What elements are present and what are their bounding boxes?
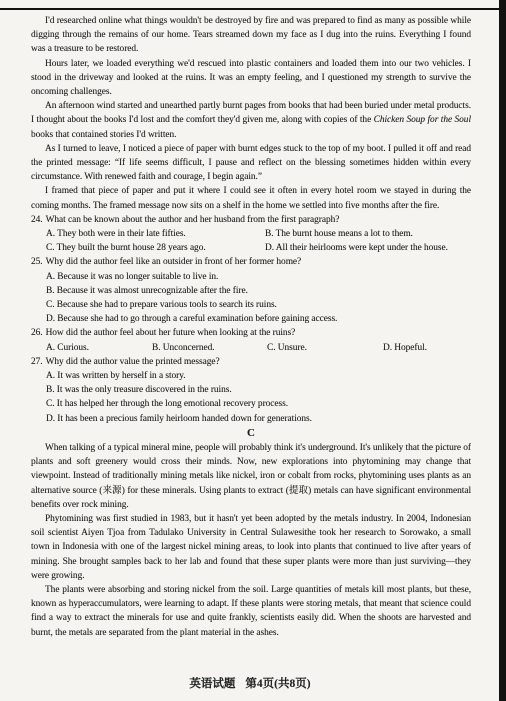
option-d: D. Because she had to go through a caref…	[46, 312, 471, 326]
question-24: 24.What can be known about the author an…	[31, 213, 471, 256]
question-27: 27.Why did the author value the printed …	[31, 355, 471, 426]
option-c: C. They built the burnt house 28 years a…	[46, 241, 265, 255]
option-d: D. It has been a precious family heirloo…	[46, 412, 471, 426]
question-24-stem: 24.What can be known about the author an…	[31, 213, 471, 227]
footer-paper-title: 英语试题	[189, 678, 235, 690]
passage-b-paragraph-2: Hours later, we loaded everything we'd r…	[31, 57, 471, 100]
question-text: Why did the author feel like an outsider…	[46, 257, 302, 267]
question-25-options: A. Because it was no longer suitable to …	[31, 270, 471, 327]
passage-b-paragraph-5: I framed that piece of paper and put it …	[31, 184, 471, 212]
passage-c-paragraph-1: When talking of a typical mineral mine, …	[31, 441, 471, 512]
option-a: A. It was written by herself in a story.	[46, 369, 471, 383]
passage-c-paragraph-2: Phytomining was first studied in 1983, b…	[31, 512, 471, 583]
question-number: 24.	[31, 215, 43, 225]
option-a: A. Because it was no longer suitable to …	[46, 270, 471, 284]
question-25-stem: 25.Why did the author feel like an outsi…	[31, 255, 471, 269]
option-b: B. Unconcerned.	[152, 341, 267, 355]
option-d: D. All their heirlooms were kept under t…	[265, 241, 471, 255]
book-title-italic: Chicken Soup for the Soul	[374, 115, 471, 125]
passage-b-paragraph-1: I'd researched online what things wouldn…	[31, 14, 471, 57]
scan-right-edge-shadow	[499, 0, 506, 701]
question-text: Why did the author value the printed mes…	[46, 357, 220, 367]
question-number: 26.	[31, 328, 43, 338]
scan-top-edge-line	[0, 8, 506, 10]
option-c: C. Because she had to prepare various to…	[46, 298, 471, 312]
passage-b-paragraph-4: As I turned to leave, I noticed a piece …	[31, 142, 471, 185]
option-a: A. Curious.	[46, 341, 152, 355]
passage-b-paragraph-3: An afternoon wind started and unearthed …	[31, 99, 471, 142]
page-footer: 英语试题第4页(共8页)	[0, 675, 500, 691]
exam-page: I'd researched online what things wouldn…	[0, 0, 506, 701]
question-number: 25.	[31, 257, 43, 267]
question-26-options: A. Curious. B. Unconcerned. C. Unsure. D…	[31, 341, 471, 355]
option-b: B. Because it was almost unrecognizable …	[46, 284, 471, 298]
question-24-options: A. They both were in their late fifties.…	[31, 227, 471, 255]
question-number: 27.	[31, 357, 43, 367]
option-c: C. It has helped her through the long em…	[46, 397, 471, 411]
question-text: How did the author feel about her future…	[46, 328, 296, 338]
question-text: What can be known about the author and h…	[46, 215, 340, 225]
section-c-heading: C	[31, 426, 471, 441]
question-26-stem: 26.How did the author feel about her fut…	[31, 326, 471, 340]
option-b: B. The burnt house means a lot to them.	[265, 227, 471, 241]
footer-page-number: 第4页(共8页)	[245, 678, 310, 690]
option-a: A. They both were in their late fifties.	[46, 227, 265, 241]
option-b: B. It was the only treasure discovered i…	[46, 383, 471, 397]
page-content: I'd researched online what things wouldn…	[31, 14, 471, 640]
question-27-options: A. It was written by herself in a story.…	[31, 369, 471, 426]
option-d: D. Hopeful.	[383, 341, 471, 355]
passage-c-paragraph-3: The plants were absorbing and storing ni…	[31, 583, 471, 640]
option-c: C. Unsure.	[267, 341, 383, 355]
question-26: 26.How did the author feel about her fut…	[31, 326, 471, 354]
paragraph-text: books that contained stories I'd written…	[31, 130, 176, 140]
question-27-stem: 27.Why did the author value the printed …	[31, 355, 471, 369]
question-25: 25.Why did the author feel like an outsi…	[31, 255, 471, 326]
